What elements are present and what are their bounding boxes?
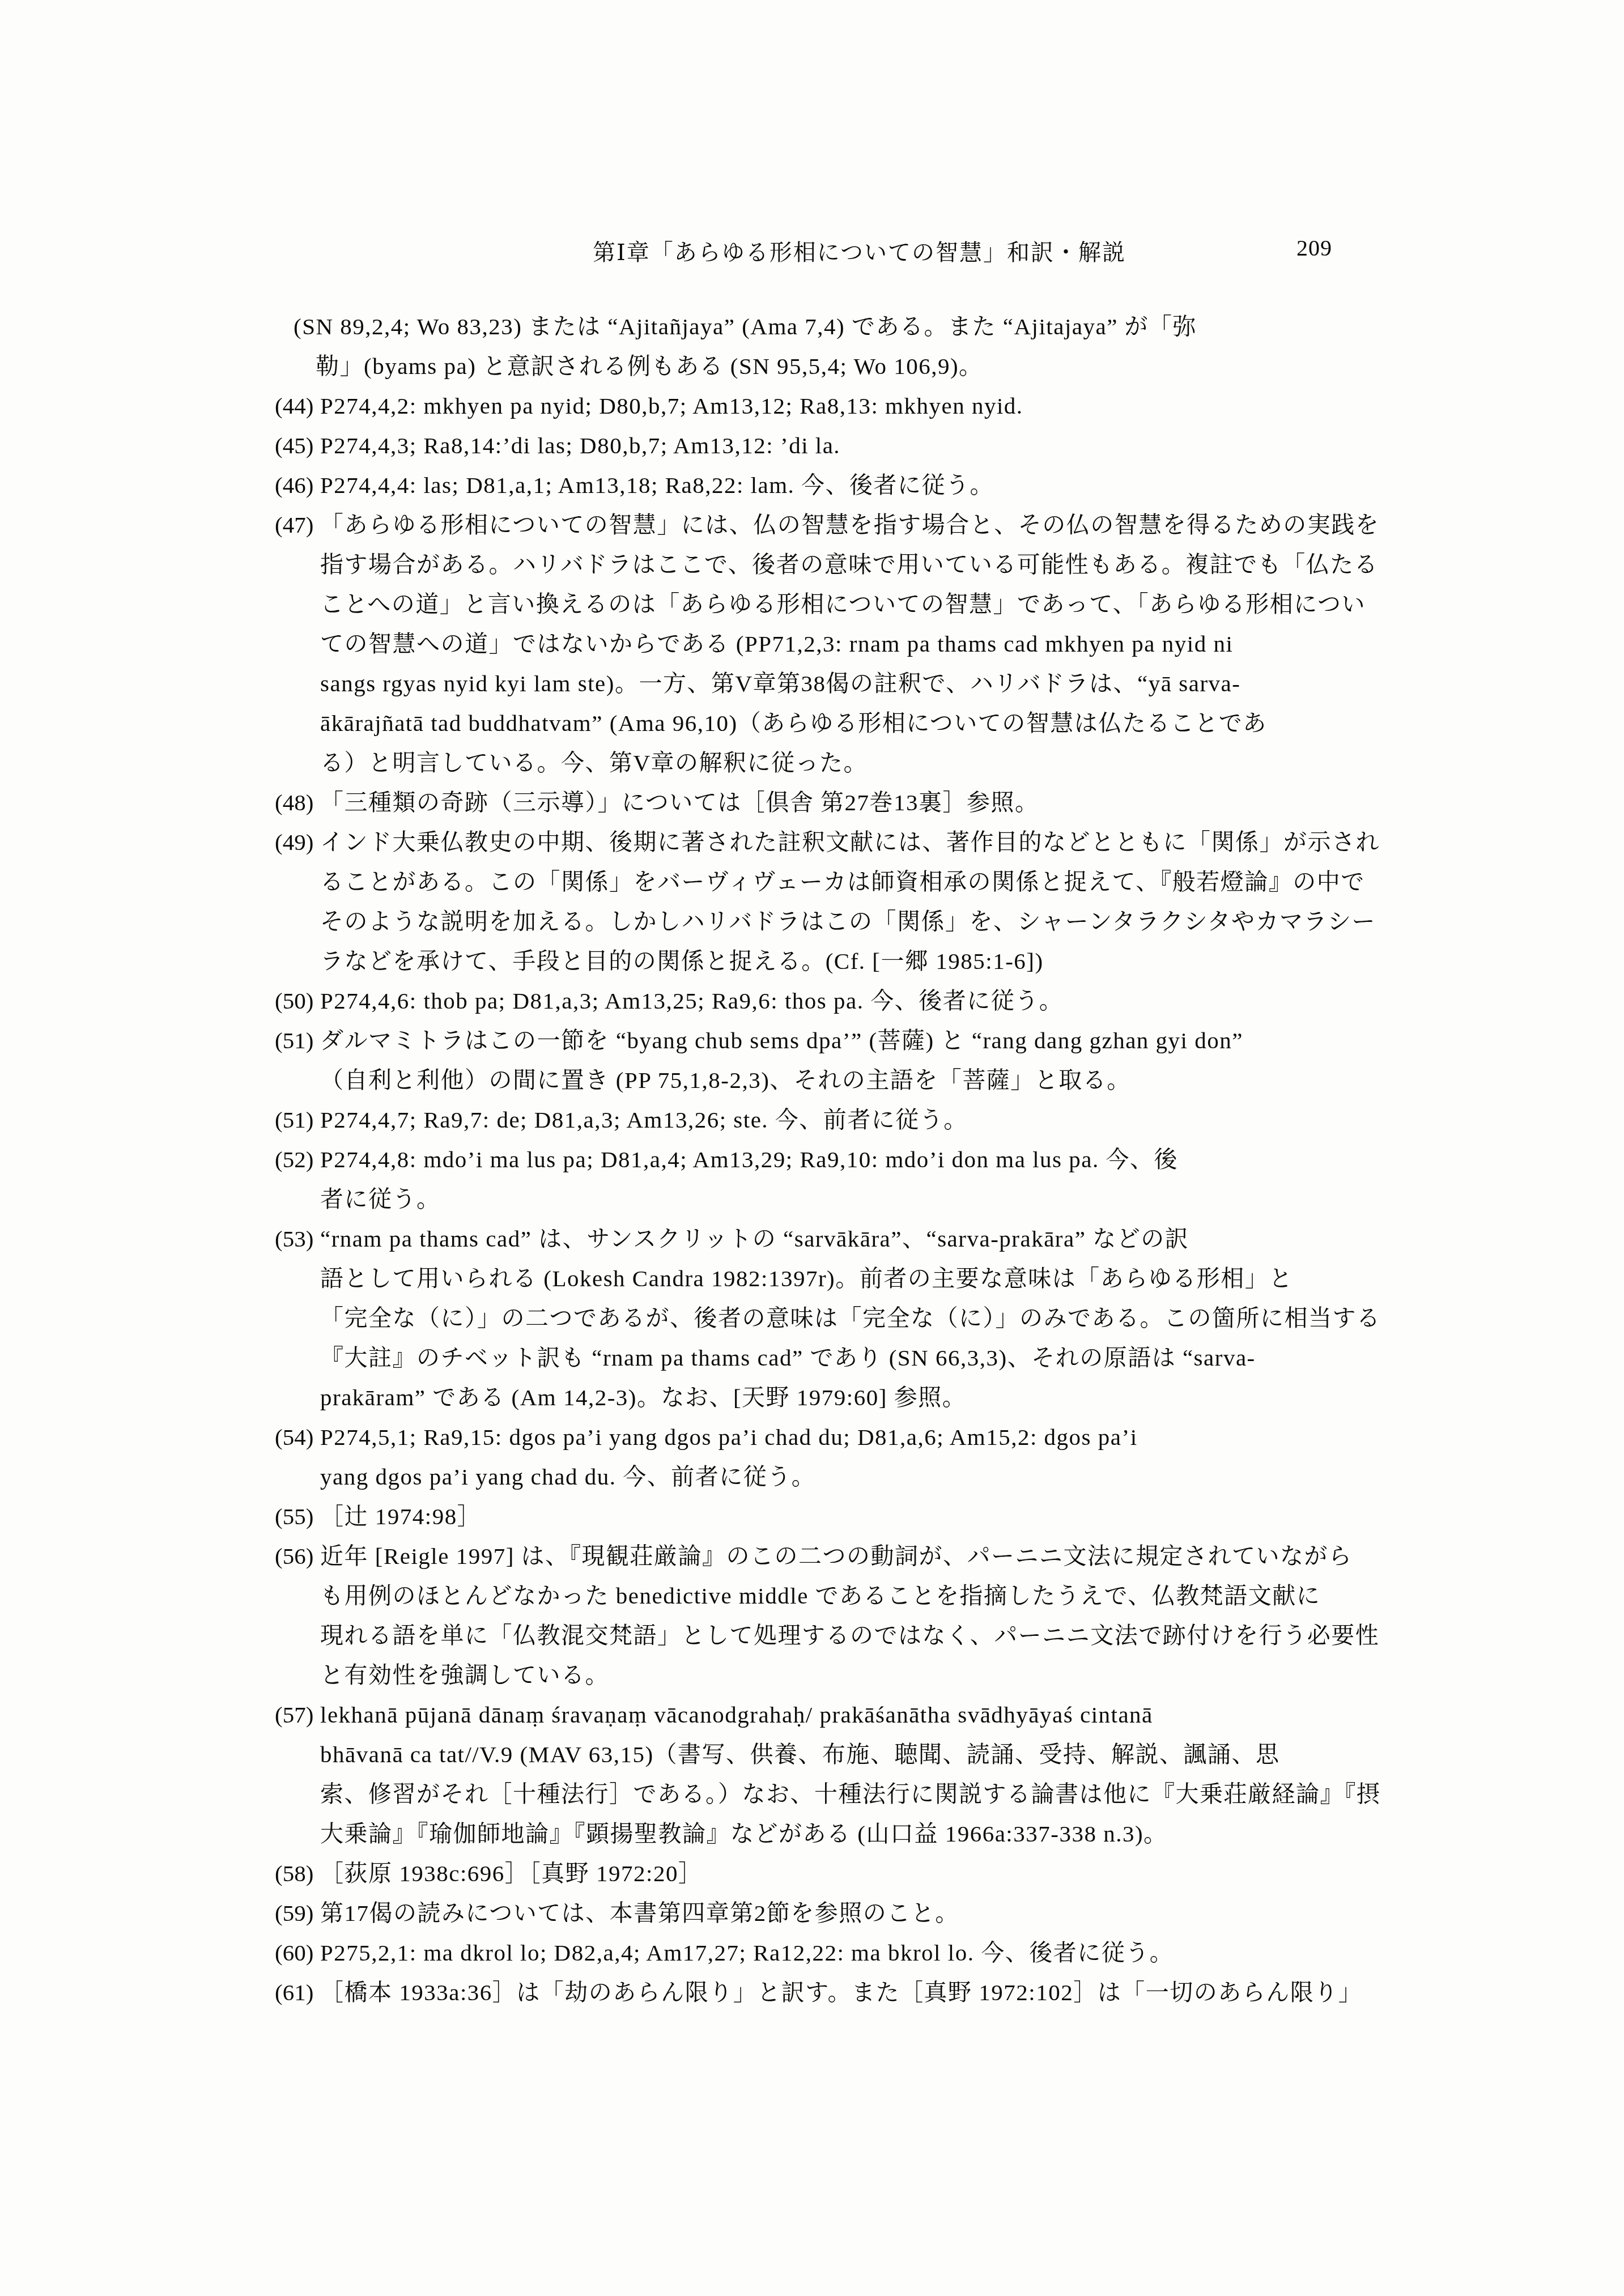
note-line: も用例のほとんどなかった benedictive middle であることを指摘… bbox=[320, 1576, 1431, 1615]
note-row: (53)“rnam pa thams cad” は、サンスクリットの “sarv… bbox=[320, 1219, 1431, 1417]
note-line: 索、修習がそれ［十種法行］である。）なお、十種法行に関説する論書は他に『大乗荘厳… bbox=[320, 1774, 1431, 1814]
note-row: (45)P274,4,3; Ra8,14:’di las; D80,b,7; A… bbox=[320, 426, 1431, 465]
note-row: (49)インド大乗仏教史の中期、後期に著された註釈文献には、著作目的などとともに… bbox=[320, 822, 1431, 981]
note-line: 近年 [Reigle 1997] は、『現観荘厳論』のこの二つの動詞が、パーニニ… bbox=[320, 1536, 1431, 1576]
note-line: P274,4,3; Ra8,14:’di las; D80,b,7; Am13,… bbox=[320, 426, 1431, 465]
continuation-line: 勒」(byams pa) と意訳される例もある (SN 95,5,4; Wo 1… bbox=[316, 346, 1431, 386]
note-line: 指す場合がある。ハリバドラはここで、後者の意味で用いている可能性もある。複註でも… bbox=[320, 545, 1431, 584]
note-line: P274,4,8: mdo’i ma lus pa; D81,a,4; Am13… bbox=[320, 1140, 1431, 1179]
note-number: (51) bbox=[275, 1021, 313, 1060]
note-number: (59) bbox=[275, 1893, 313, 1933]
note-row: (46)P274,4,4: las; D81,a,1; Am13,18; Ra8… bbox=[320, 465, 1431, 505]
note-row: (52)P274,4,8: mdo’i ma lus pa; D81,a,4; … bbox=[320, 1140, 1431, 1219]
note-line: インド大乗仏教史の中期、後期に著された註釈文献には、著作目的などとともに「関係」… bbox=[320, 822, 1431, 862]
running-header: 第Ⅰ章「あらゆる形相についての智慧」和訳・解説 209 bbox=[0, 235, 1624, 269]
note-line: る）と明言している。今、第V章の解釈に従った。 bbox=[320, 743, 1431, 783]
note-line: 大乗論』『瑜伽師地論』『顕揚聖教論』などがある (山口益 1966a:337-3… bbox=[320, 1814, 1431, 1853]
note-line: yang dgos pa’i yang chad du. 今、前者に従う。 bbox=[320, 1457, 1431, 1496]
endnotes-body: (SN 89,2,4; Wo 83,23) または “Ajitañjaya” (… bbox=[320, 307, 1431, 2012]
note-line: P274,4,6: thob pa; D81,a,3; Am13,25; Ra9… bbox=[320, 981, 1431, 1021]
note-number: (56) bbox=[275, 1536, 313, 1576]
note-number: (61) bbox=[275, 1972, 313, 2012]
running-head-chapter-title: 第Ⅰ章「あらゆる形相についての智慧」和訳・解説 bbox=[593, 235, 1126, 267]
note-line: P274,4,7; Ra9,7: de; D81,a,3; Am13,26; s… bbox=[320, 1100, 1431, 1140]
note-number: (50) bbox=[275, 981, 313, 1021]
endnotes-list: (44)P274,4,2: mkhyen pa nyid; D80,b,7; A… bbox=[320, 386, 1431, 2012]
note-row: (48)「三種類の奇跡（三示導）」については［倶舎 第27巻13裏］参照。 bbox=[320, 783, 1431, 822]
note-number: (53) bbox=[275, 1219, 313, 1258]
note-number: (45) bbox=[275, 426, 313, 465]
note-line: ダルマミトラはこの一節を “byang chub sems dpa’” (菩薩)… bbox=[320, 1021, 1431, 1060]
note-number: (52) bbox=[275, 1140, 313, 1179]
note-row: (55)［辻 1974:98］ bbox=[320, 1496, 1431, 1536]
note-line: そのような説明を加える。しかしハリバドラはこの「関係」を、シャーンタラクシタやカ… bbox=[320, 902, 1431, 941]
note-line: 「完全な（に）」の二つであるが、後者の意味は「完全な（に）」のみである。この箇所… bbox=[320, 1298, 1431, 1338]
note-number: (49) bbox=[275, 822, 313, 862]
note-line: 「あらゆる形相についての智慧」には、仏の智慧を指す場合と、その仏の智慧を得るため… bbox=[320, 505, 1431, 545]
note-line: lekhanā pūjanā dānaṃ śravaṇaṃ vācanodgra… bbox=[320, 1695, 1431, 1734]
note-row: (51)ダルマミトラはこの一節を “byang chub sems dpa’” … bbox=[320, 1021, 1431, 1100]
note-line: ［荻原 1938c:696］［真野 1972:20］ bbox=[320, 1853, 1431, 1893]
note-number: (54) bbox=[275, 1417, 313, 1457]
note-line: 者に従う。 bbox=[320, 1179, 1431, 1219]
note-row: (44)P274,4,2: mkhyen pa nyid; D80,b,7; A… bbox=[320, 386, 1431, 426]
note-line: P274,5,1; Ra9,15: dgos pa’i yang dgos pa… bbox=[320, 1417, 1431, 1457]
note-line: bhāvanā ca tat//V.9 (MAV 63,15)（書写、供養、布施… bbox=[320, 1734, 1431, 1774]
note-row: (61)［橋本 1933a:36］は「劫のあらん限り」と訳す。また［真野 197… bbox=[320, 1972, 1431, 2012]
note-line: 第17偈の読みについては、本書第四章第2節を参照のこと。 bbox=[320, 1893, 1431, 1933]
note-line: 「三種類の奇跡（三示導）」については［倶舎 第27巻13裏］参照。 bbox=[320, 783, 1431, 822]
note-line: と有効性を強調している。 bbox=[320, 1655, 1431, 1695]
note-line: P274,4,2: mkhyen pa nyid; D80,b,7; Am13,… bbox=[320, 386, 1431, 426]
note-number: (58) bbox=[275, 1853, 313, 1893]
note-line: ākārajñatā tad buddhatvam” (Ama 96,10)（あ… bbox=[320, 703, 1431, 743]
note-line: sangs rgyas nyid kyi lam ste)。一方、第V章第38偈… bbox=[320, 664, 1431, 703]
note-number: (51) bbox=[275, 1100, 313, 1140]
note-line: ことへの道」と言い換えるのは「あらゆる形相についての智慧」であって、「あらゆる形… bbox=[320, 584, 1431, 624]
note-row: (50)P274,4,6: thob pa; D81,a,3; Am13,25;… bbox=[320, 981, 1431, 1021]
note-row: (54)P274,5,1; Ra9,15: dgos pa’i yang dgo… bbox=[320, 1417, 1431, 1496]
note-number: (46) bbox=[275, 465, 313, 505]
note-number: (47) bbox=[275, 505, 313, 545]
continuation-paragraph: (SN 89,2,4; Wo 83,23) または “Ajitañjaya” (… bbox=[320, 307, 1431, 386]
note-line: ［橋本 1933a:36］は「劫のあらん限り」と訳す。また［真野 1972:10… bbox=[320, 1972, 1431, 2012]
note-line: “rnam pa thams cad” は、サンスクリットの “sarvākār… bbox=[320, 1219, 1431, 1258]
note-line: P275,2,1: ma dkrol lo; D82,a,4; Am17,27;… bbox=[320, 1933, 1431, 1972]
note-line: ［辻 1974:98］ bbox=[320, 1496, 1431, 1536]
note-number: (55) bbox=[275, 1496, 313, 1536]
scanned-book-page: 第Ⅰ章「あらゆる形相についての智慧」和訳・解説 209 (SN 89,2,4; … bbox=[0, 0, 1624, 2296]
note-line: 語として用いられる (Lokesh Candra 1982:1397r)。前者の… bbox=[320, 1258, 1431, 1298]
note-line: 現れる語を単に「仏教混交梵語」として処理するのではなく、パーニニ文法で跡付けを行… bbox=[320, 1615, 1431, 1655]
note-line: P274,4,4: las; D81,a,1; Am13,18; Ra8,22:… bbox=[320, 465, 1431, 505]
note-number: (60) bbox=[275, 1933, 313, 1972]
continuation-line: (SN 89,2,4; Wo 83,23) または “Ajitañjaya” (… bbox=[294, 307, 1431, 346]
note-row: (51)P274,4,7; Ra9,7: de; D81,a,3; Am13,2… bbox=[320, 1100, 1431, 1140]
page-number: 209 bbox=[1296, 235, 1332, 261]
note-row: (59)第17偈の読みについては、本書第四章第2節を参照のこと。 bbox=[320, 1893, 1431, 1933]
note-line: 『大註』のチベット訳も “rnam pa thams cad” であり (SN … bbox=[320, 1338, 1431, 1377]
note-row: (47)「あらゆる形相についての智慧」には、仏の智慧を指す場合と、その仏の智慧を… bbox=[320, 505, 1431, 783]
note-line: ての智慧への道」ではないからである (PP71,2,3: rnam pa tha… bbox=[320, 624, 1431, 664]
note-line: ることがある。この「関係」をバーヴィヴェーカは師資相承の関係と捉えて、『般若燈論… bbox=[320, 862, 1431, 902]
note-row: (58)［荻原 1938c:696］［真野 1972:20］ bbox=[320, 1853, 1431, 1893]
note-number: (57) bbox=[275, 1695, 313, 1734]
note-number: (44) bbox=[275, 386, 313, 426]
note-row: (60)P275,2,1: ma dkrol lo; D82,a,4; Am17… bbox=[320, 1933, 1431, 1972]
note-row: (57)lekhanā pūjanā dānaṃ śravaṇaṃ vācano… bbox=[320, 1695, 1431, 1853]
note-line: ラなどを承けて、手段と目的の関係と捉える。(Cf. [一郷 1985:1-6]) bbox=[320, 941, 1431, 981]
note-line: （自利と利他）の間に置き (PP 75,1,8-2,3)、それの主語を「菩薩」と… bbox=[320, 1060, 1431, 1100]
note-row: (56)近年 [Reigle 1997] は、『現観荘厳論』のこの二つの動詞が、… bbox=[320, 1536, 1431, 1695]
note-number: (48) bbox=[275, 783, 313, 822]
note-line: prakāram” である (Am 14,2-3)。なお、[天野 1979:60… bbox=[320, 1377, 1431, 1417]
